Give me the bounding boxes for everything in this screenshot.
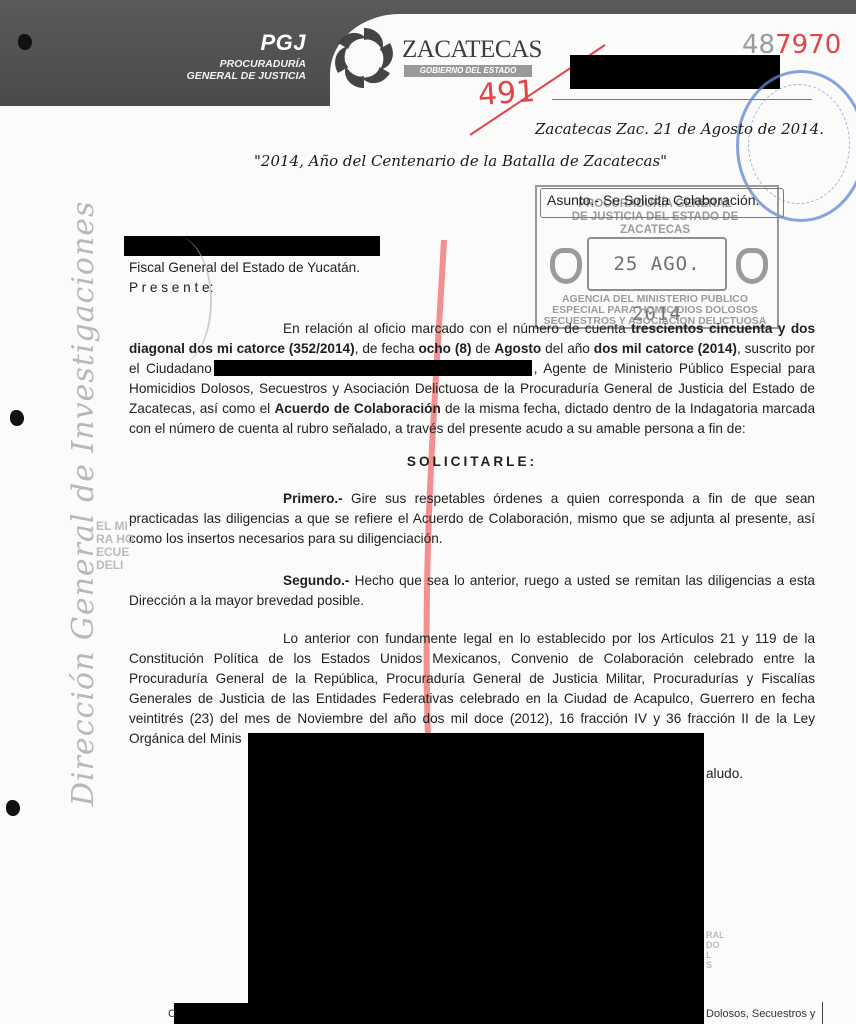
punch-hole — [6, 800, 20, 816]
faded-side-stamp: EL MI RA HO ECUE DELI — [96, 520, 134, 572]
redacted-signature-block — [248, 733, 704, 1024]
subject-line: Asunto.- Se Solicita Colaboración. — [547, 192, 759, 208]
stamp-line-3: ZACATECAS — [535, 224, 775, 237]
paragraph-primero: Primero.- Gire sus respetables órdenes a… — [129, 489, 815, 549]
paragraph-segundo: Segundo.- Hecho que sea lo anterior, rue… — [129, 571, 815, 611]
legal-basis-text: Lo anterior con fundamente legal en lo e… — [129, 631, 815, 746]
faded-round-stamp — [140, 236, 212, 366]
punch-hole — [18, 34, 32, 50]
pj-emblem-icon — [550, 248, 582, 284]
faded-line: S — [706, 960, 725, 970]
text-run: del año — [541, 341, 594, 356]
pj-emblem-icon — [736, 248, 768, 284]
segundo-label: Segundo.- — [283, 573, 349, 588]
faded-line: DELI — [96, 559, 134, 572]
bold-run: ocho (8) — [419, 341, 472, 356]
pgj-subtitle: PROCURADURÍA GENERAL DE JUSTICIA — [150, 58, 306, 82]
closing-fragment: aludo. — [706, 764, 743, 784]
received-date: 25 AGO. 2014 — [587, 237, 727, 291]
punch-hole — [10, 410, 24, 426]
place-and-date: Zacatecas Zac. 21 de Agosto de 2014. — [535, 120, 824, 138]
segundo-text: Hecho que sea lo anterior, ruego a usted… — [129, 573, 815, 608]
redacted-official-name — [214, 360, 532, 376]
redacted-footer-block — [174, 1003, 254, 1024]
pgj-line-1: PROCURADURÍA — [150, 58, 306, 70]
zacatecas-swirl-logo-icon — [330, 24, 398, 92]
section-heading-solicitarle: SOLICITARLE: — [129, 454, 815, 469]
paragraph-legal-basis: Lo anterior con fundamente legal en lo e… — [129, 629, 815, 749]
bold-run: Agosto — [494, 341, 541, 356]
vertical-watermark-script: Dirección General de Investigaciones — [66, 201, 101, 806]
faded-line: DO — [706, 940, 725, 950]
year-motto: "2014, Año del Centenario de la Batalla … — [254, 152, 667, 170]
bold-run: Acuerdo de Colaboración — [274, 401, 440, 416]
text-run: En relación al oficio marcado con el núm… — [283, 321, 631, 336]
faded-line: RAL — [706, 930, 725, 940]
text-run: de — [472, 341, 495, 356]
pgj-line-2: GENERAL DE JUSTICIA — [150, 70, 306, 82]
redacted-block — [570, 55, 780, 89]
pgj-logo-text: PGJ — [226, 30, 306, 56]
footer-fragment-right: Dolosos, Secuestros y — [706, 1008, 815, 1020]
footer-divider — [822, 1002, 823, 1024]
primero-text: Gire sus respetables órdenes a quien cor… — [129, 491, 815, 546]
footer-fragment-left: C — [168, 1008, 176, 1020]
bold-run: dos mil catorce (2014) — [594, 341, 737, 356]
faded-stamp-fragment: RAL DO L S — [706, 930, 725, 970]
faded-line: L — [706, 950, 725, 960]
text-run: , de fecha — [355, 341, 419, 356]
primero-label: Primero.- — [283, 491, 343, 506]
paragraph-reference: En relación al oficio marcado con el núm… — [129, 319, 815, 439]
folio-red: 7970 — [775, 30, 841, 60]
